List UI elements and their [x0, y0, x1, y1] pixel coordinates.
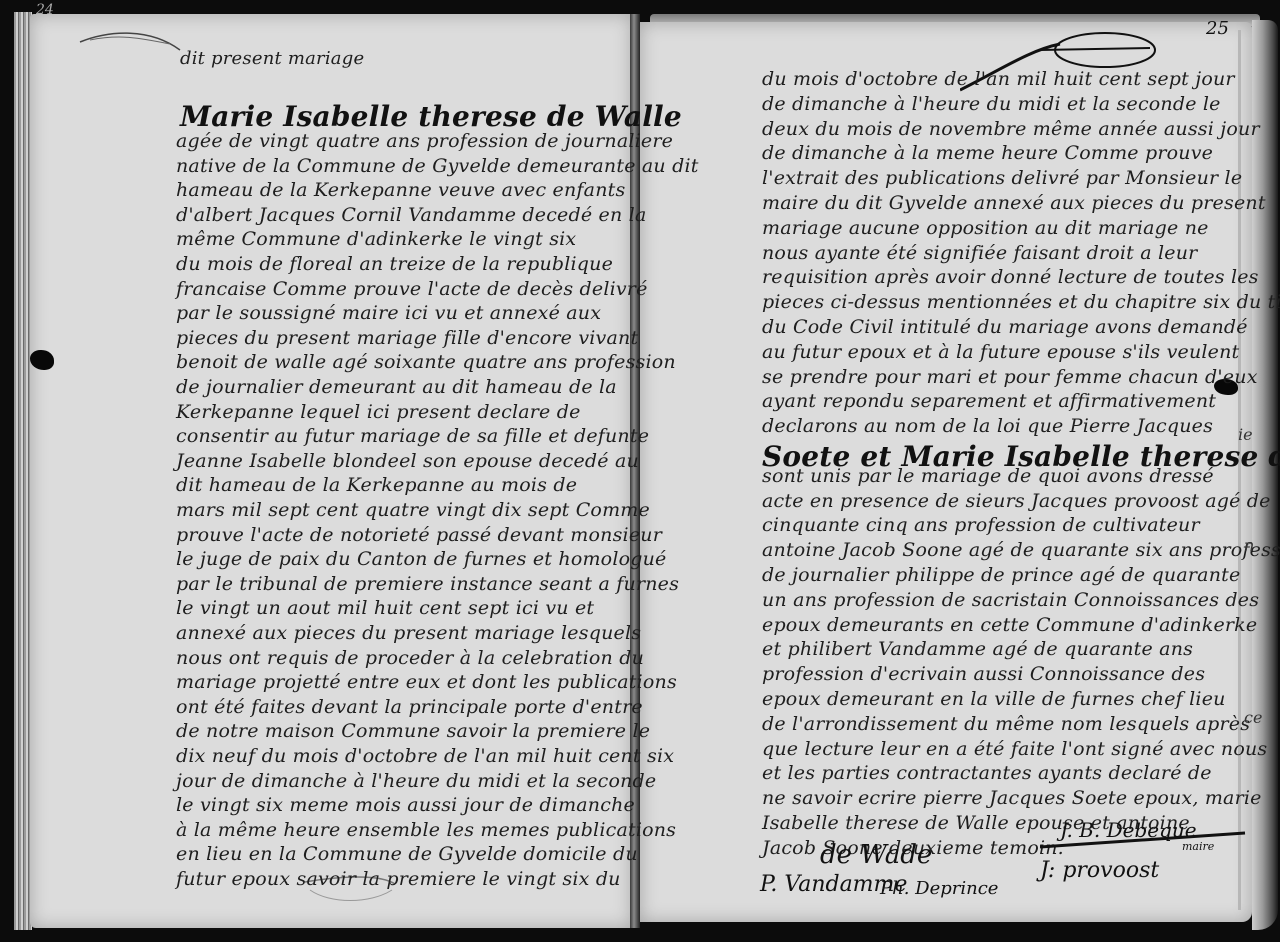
- page-number-left: 24: [36, 2, 54, 18]
- handwritten-line: du Code Civil intitulé du mariage avons …: [762, 316, 1248, 338]
- page-number-right: 25: [1206, 18, 1229, 39]
- handwritten-line: ayant repondu separement et affirmativem…: [762, 390, 1216, 412]
- handwritten-line: Kerkepanne lequel ici present declare de: [176, 401, 581, 423]
- handwritten-line: d'albert Jacques Cornil Vandamme decedé …: [176, 204, 646, 226]
- handwritten-line: hameau de la Kerkepanne veuve avec enfan…: [176, 179, 625, 201]
- handwritten-line: dix neuf du mois d'octobre de l'an mil h…: [176, 745, 674, 767]
- handwritten-line: du mois de floreal an treize de la repub…: [176, 253, 613, 275]
- handwritten-line: du mois d'octobre de l'an mil huit cent …: [762, 68, 1235, 90]
- margin-mark: ie: [1238, 425, 1253, 444]
- handwritten-line: le vingt six meme mois aussi jour de dim…: [176, 794, 635, 816]
- margin-mark: ce: [1244, 708, 1262, 727]
- margin-mark: n: [1244, 536, 1254, 555]
- signature-de-wade: de Wade: [820, 840, 932, 870]
- handwritten-line: prouve l'acte de notorieté passé devant …: [176, 524, 662, 546]
- handwritten-line: en lieu en la Commune de Gyvelde domicil…: [176, 843, 638, 865]
- handwritten-line: de journalier philippe de prince agé de …: [762, 564, 1240, 586]
- handwritten-line: de dimanche à la meme heure Comme prouve: [762, 142, 1213, 164]
- handwritten-line: epoux demeurant en la ville de furnes ch…: [762, 688, 1226, 710]
- flourish-mark: [70, 20, 190, 60]
- handwritten-line: le juge de paix du Canton de furnes et h…: [176, 548, 666, 570]
- handwritten-line: epoux demeurants en cette Commune d'adin…: [762, 614, 1257, 636]
- handwritten-line: annexé aux pieces du present mariage les…: [176, 622, 641, 644]
- handwritten-line: nous ayante été signifiée faisant droit …: [762, 242, 1197, 264]
- handwritten-line: ne savoir ecrire pierre Jacques Soete ep…: [762, 787, 1262, 809]
- handwritten-line: consentir au futur mariage de sa fille e…: [176, 425, 649, 447]
- handwritten-line: l'extrait des publications delivré par M…: [762, 167, 1242, 189]
- handwritten-line: francaise Comme prouve l'acte de decès d…: [176, 278, 648, 300]
- left-header-line: dit present mariage: [180, 48, 364, 69]
- handwritten-line: requisition après avoir donné lecture de…: [762, 266, 1259, 288]
- handwritten-line: sont unis par le mariage de quoi avons d…: [762, 465, 1214, 487]
- handwritten-line: futur epoux savoir la premiere le vingt …: [176, 868, 621, 890]
- signature-provoost: J: provoost: [1040, 858, 1159, 883]
- handwritten-line: pieces du present mariage fille d'encore…: [176, 327, 638, 349]
- handwritten-line: et philibert Vandamme agé de quarante an…: [762, 638, 1193, 660]
- ink-blot: [30, 350, 54, 370]
- handwritten-line: profession d'ecrivain aussi Connoissance…: [762, 663, 1205, 685]
- handwritten-line: dit hameau de la Kerkepanne au mois de: [176, 474, 577, 496]
- handwritten-line: pieces ci-dessus mentionnées et du chapi…: [762, 291, 1280, 313]
- handwritten-line: de journalier demeurant au dit hameau de…: [176, 376, 617, 398]
- handwritten-line: par le soussigné maire ici vu et annexé …: [176, 302, 601, 324]
- handwritten-line: mars mil sept cent quatre vingt dix sept…: [176, 499, 650, 521]
- handwritten-line: antoine Jacob Soone agé de quarante six …: [762, 539, 1280, 561]
- handwritten-line: de notre maison Commune savoir la premie…: [176, 720, 650, 742]
- handwritten-line: maire du dit Gyvelde annexé aux pieces d…: [762, 192, 1266, 214]
- handwritten-line: par le tribunal de premiere instance sea…: [176, 573, 679, 595]
- handwritten-line: le vingt un aout mil huit cent sept ici …: [176, 597, 594, 619]
- handwritten-line: de dimanche à l'heure du midi et la seco…: [762, 93, 1221, 115]
- handwritten-line: mariage projetté entre eux et dont les p…: [176, 671, 677, 693]
- handwritten-line: de l'arrondissement du même nom lesquels…: [762, 713, 1250, 735]
- handwritten-line: mariage aucune opposition au dit mariage…: [762, 217, 1209, 239]
- handwritten-line: un ans profession de sacristain Connoiss…: [762, 589, 1259, 611]
- signature-underline: [1040, 825, 1250, 855]
- handwritten-line: jour de dimanche à l'heure du midi et la…: [176, 770, 656, 792]
- handwritten-line: même Commune d'adinkerke le vingt six: [176, 228, 576, 250]
- handwritten-line: deux du mois de novembre même année auss…: [762, 118, 1260, 140]
- handwritten-line: Jeanne Isabelle blondeel son epouse dece…: [176, 450, 639, 472]
- handwritten-line: nous ont requis de proceder à la celebra…: [176, 647, 644, 669]
- handwritten-line: cinquante cinq ans profession de cultiva…: [762, 514, 1200, 536]
- handwritten-line: à la même heure ensemble les memes publi…: [176, 819, 676, 841]
- signature-deprince: Ph. Deprince: [880, 878, 998, 899]
- handwritten-line: native de la Commune de Gyvelde demeuran…: [176, 155, 699, 177]
- handwritten-line: se prendre pour mari et pour femme chacu…: [762, 366, 1258, 388]
- handwritten-line: declarons au nom de la loi que Pierre Ja…: [762, 415, 1213, 437]
- bride-name-heading: Marie Isabelle therese de Walle: [180, 100, 682, 133]
- handwritten-line: ont été faites devant la principale port…: [176, 696, 643, 718]
- handwritten-line: benoit de walle agé soixante quatre ans …: [176, 351, 676, 373]
- handwritten-line: agée de vingt quatre ans profession de j…: [176, 130, 673, 152]
- handwritten-line: que lecture leur en a été faite l'ont si…: [762, 738, 1267, 760]
- handwritten-line: acte en presence de sieurs Jacques provo…: [762, 490, 1271, 512]
- handwritten-line: au futur epoux et à la future epouse s'i…: [762, 341, 1239, 363]
- handwritten-line: et les parties contractantes ayants decl…: [762, 762, 1212, 784]
